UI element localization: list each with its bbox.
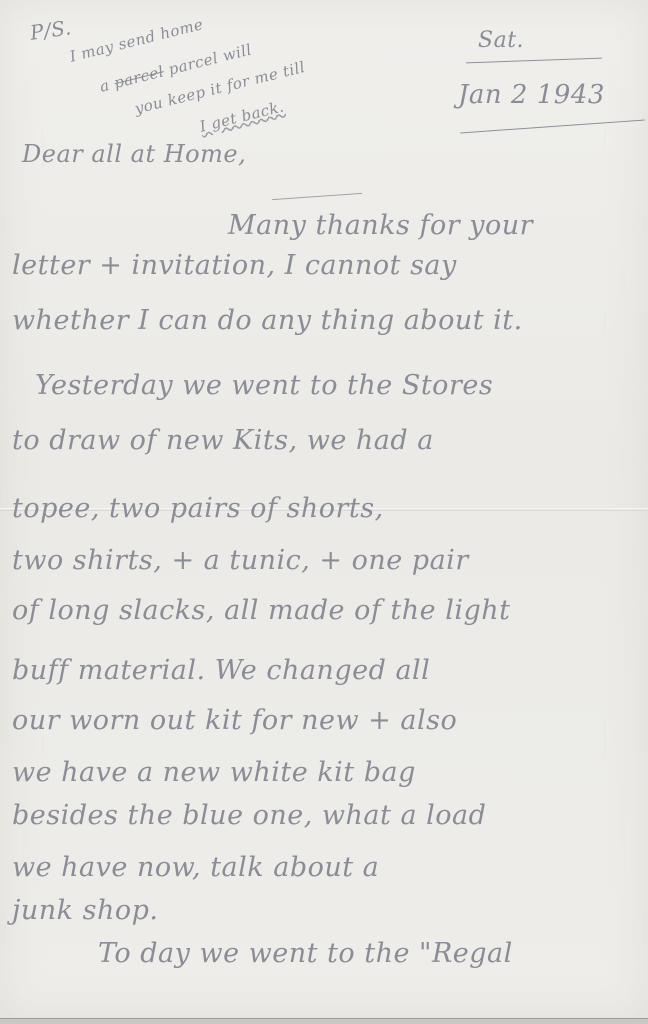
body-line: two shirts, + a tunic, + one pair: [12, 545, 469, 576]
body-line: letter + invitation, I cannot say: [12, 250, 457, 281]
body-line: buff material. We changed all: [12, 655, 430, 686]
body-line: topee, two pairs of shorts,: [12, 493, 384, 524]
body-line: our worn out kit for new + also: [12, 705, 457, 736]
body-line: besides the blue one, what a load: [12, 800, 486, 831]
date-underline-2: [460, 120, 645, 134]
body-line: Yesterday we went to the Stores: [35, 370, 493, 401]
postscript-line-4: I get back.: [198, 97, 286, 135]
body-line: junk shop.: [12, 895, 158, 926]
salutation: Dear all at Home,: [22, 140, 246, 168]
salutation-flourish: [272, 193, 362, 200]
postscript-struck-word: parcel: [112, 62, 166, 92]
date-day: Sat.: [478, 28, 524, 53]
postscript-label: P/S.: [29, 15, 73, 45]
body-line: we have now, talk about a: [12, 852, 379, 883]
date-full: Jan 2 1943: [458, 80, 605, 110]
letter-page: P/S. I may send home a parcel parcel wil…: [0, 0, 648, 1018]
body-line: Many thanks for your: [228, 210, 533, 241]
body-line: To day we went to the "Regal: [98, 938, 513, 969]
body-line: whether I can do any thing about it.: [12, 305, 523, 336]
date-underline: [466, 58, 602, 64]
body-line: of long slacks, all made of the light: [12, 595, 511, 626]
page-bottom-edge: [0, 1018, 648, 1024]
body-line: to draw of new Kits, we had a: [12, 425, 434, 456]
body-line: we have a new white kit bag: [12, 757, 416, 788]
